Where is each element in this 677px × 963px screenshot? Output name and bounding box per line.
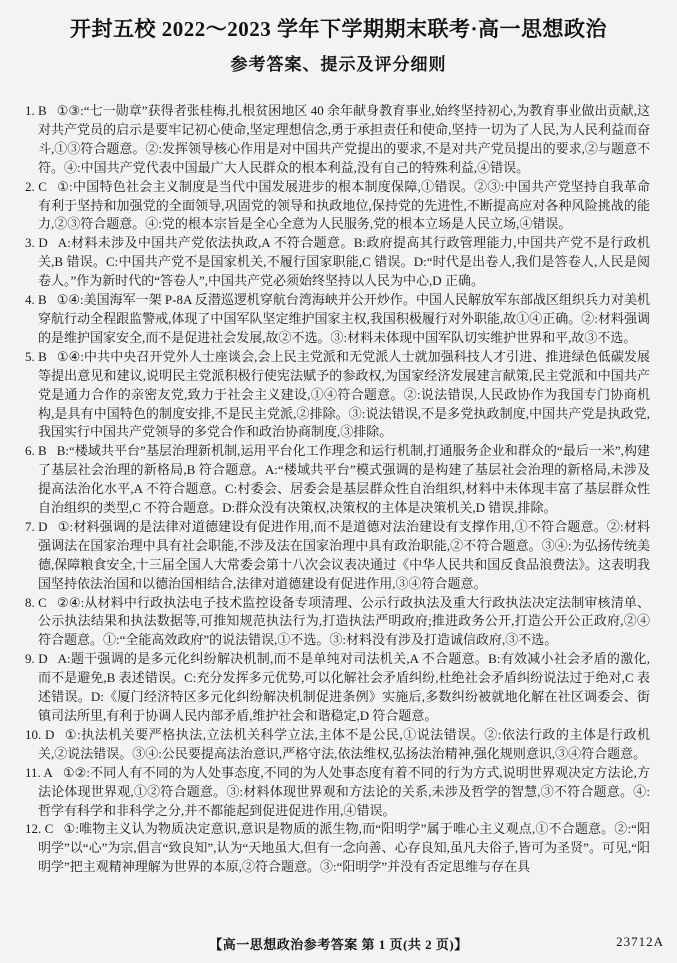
document-subtitle: 参考答案、提示及评分细则 <box>0 50 677 75</box>
answer-number: 3. D <box>25 235 48 250</box>
answer-text: ①④:美国海军一架 P-8A 反潜巡逻机穿航台湾海峡并公开炒作。中国人民解放军东… <box>38 292 650 345</box>
answer-number: 12. C <box>25 821 53 836</box>
answer-number: 5. B <box>25 349 47 364</box>
answers-list: 1. B①③:“七一勋章”获得者张桂梅,扎根贫困地区 40 余年献身教育事业,始… <box>25 102 650 877</box>
answer-item: 4. B①④:美国海军一架 P-8A 反潜巡逻机穿航台湾海峡并公开炒作。中国人民… <box>25 291 650 348</box>
document-footer: 【高一思想政治参考答案 第 1 页(共 2 页)】 23712A <box>0 934 677 952</box>
answer-item: 3. DA:材料未涉及中国共产党依法执政,A 不符合题意。B:政府提高其行政管理… <box>25 234 650 291</box>
answer-item: 5. B①④:中共中央召开党外人士座谈会,会上民主党派和无党派人士就加强科技人才… <box>25 348 650 443</box>
answer-item: 12. C①:唯物主义认为物质决定意识,意识是物质的派生物,而“阳明学”属于唯心… <box>25 820 650 877</box>
document-header: 开封五校 2022～2023 学年下学期期末联考·高一思想政治 参考答案、提示及… <box>0 0 677 75</box>
answer-number: 2. C <box>25 179 47 194</box>
answer-number: 8. C <box>25 595 47 610</box>
answer-text: B:“楼域共平台”基层治理新机制,运用平台化工作理念和运行机制,打通服务企业和群… <box>38 443 650 515</box>
footer-exam-code: 23712A <box>616 934 664 950</box>
answer-text: A:题干强调的是多元化纠纷解决机制,而不是单纯对司法机关,A 不合题意。B:有效… <box>38 651 650 723</box>
answer-item: 1. B①③:“七一勋章”获得者张桂梅,扎根贫困地区 40 余年献身教育事业,始… <box>25 102 650 178</box>
answer-item: 6. BB:“楼域共平台”基层治理新机制,运用平台化工作理念和运行机制,打通服务… <box>25 442 650 518</box>
answer-item: 2. C①:中国特色社会主义制度是当代中国发展进步的根本制度保障,①错误。②③:… <box>25 178 650 235</box>
answer-item: 7. D①:材料强调的是法律对道德建设有促进作用,而不是道德对法治建设有支撑作用… <box>25 518 650 594</box>
document-page: 开封五校 2022～2023 学年下学期期末联考·高一思想政治 参考答案、提示及… <box>0 0 677 963</box>
answer-item: 8. C②④:从材料中行政执法电子技术监控设备专项清理、公示行政执法及重大行政执… <box>25 594 650 651</box>
document-title: 开封五校 2022～2023 学年下学期期末联考·高一思想政治 <box>0 13 677 43</box>
answer-text: ②④:从材料中行政执法电子技术监控设备专项清理、公示行政执法及重大行政执法决定法… <box>38 595 650 648</box>
answer-text: ①②:不同人有不同的为人处事态度,不同的为人处事态度有着不同的行为方式,说明世界… <box>38 765 650 818</box>
answer-number: 1. B <box>25 103 47 118</box>
answer-number: 10. D <box>25 727 54 742</box>
answer-text: ①:唯物主义认为物质决定意识,意识是物质的派生物,而“阳明学”属于唯心主义观点,… <box>38 821 650 874</box>
answer-text: ①:材料强调的是法律对道德建设有促进作用,而不是道德对法治建设有支撑作用,①不符… <box>38 519 650 591</box>
answer-text: ①:中国特色社会主义制度是当代中国发展进步的根本制度保障,①错误。②③:中国共产… <box>38 179 650 232</box>
answer-text: A:材料未涉及中国共产党依法执政,A 不符合题意。B:政府提高其行政管理能力,中… <box>38 235 650 288</box>
answer-item: 11. A①②:不同人有不同的为人处事态度,不同的为人处事态度有着不同的行为方式… <box>25 764 650 821</box>
answer-text: ①:执法机关要严格执法,立法机关科学立法,主体不是公民,①说法错误。②:依法行政… <box>38 727 650 761</box>
answer-item: 10. D①:执法机关要严格执法,立法机关科学立法,主体不是公民,①说法错误。②… <box>25 726 650 764</box>
answer-text: ①④:中共中央召开党外人士座谈会,会上民主党派和无党派人士就加强科技人才引进、推… <box>38 349 650 440</box>
answer-text: ①③:“七一勋章”获得者张桂梅,扎根贫困地区 40 余年献身教育事业,始终坚持初… <box>38 103 650 175</box>
answer-number: 9. D <box>25 651 48 666</box>
answer-number: 7. D <box>25 519 48 534</box>
answer-item: 9. DA:题干强调的是多元化纠纷解决机制,而不是单纯对司法机关,A 不合题意。… <box>25 650 650 726</box>
answer-number: 6. B <box>25 443 47 458</box>
answer-number: 11. A <box>25 765 53 780</box>
footer-page-info: 【高一思想政治参考答案 第 1 页(共 2 页)】 <box>0 934 677 953</box>
answer-number: 4. B <box>25 292 47 307</box>
